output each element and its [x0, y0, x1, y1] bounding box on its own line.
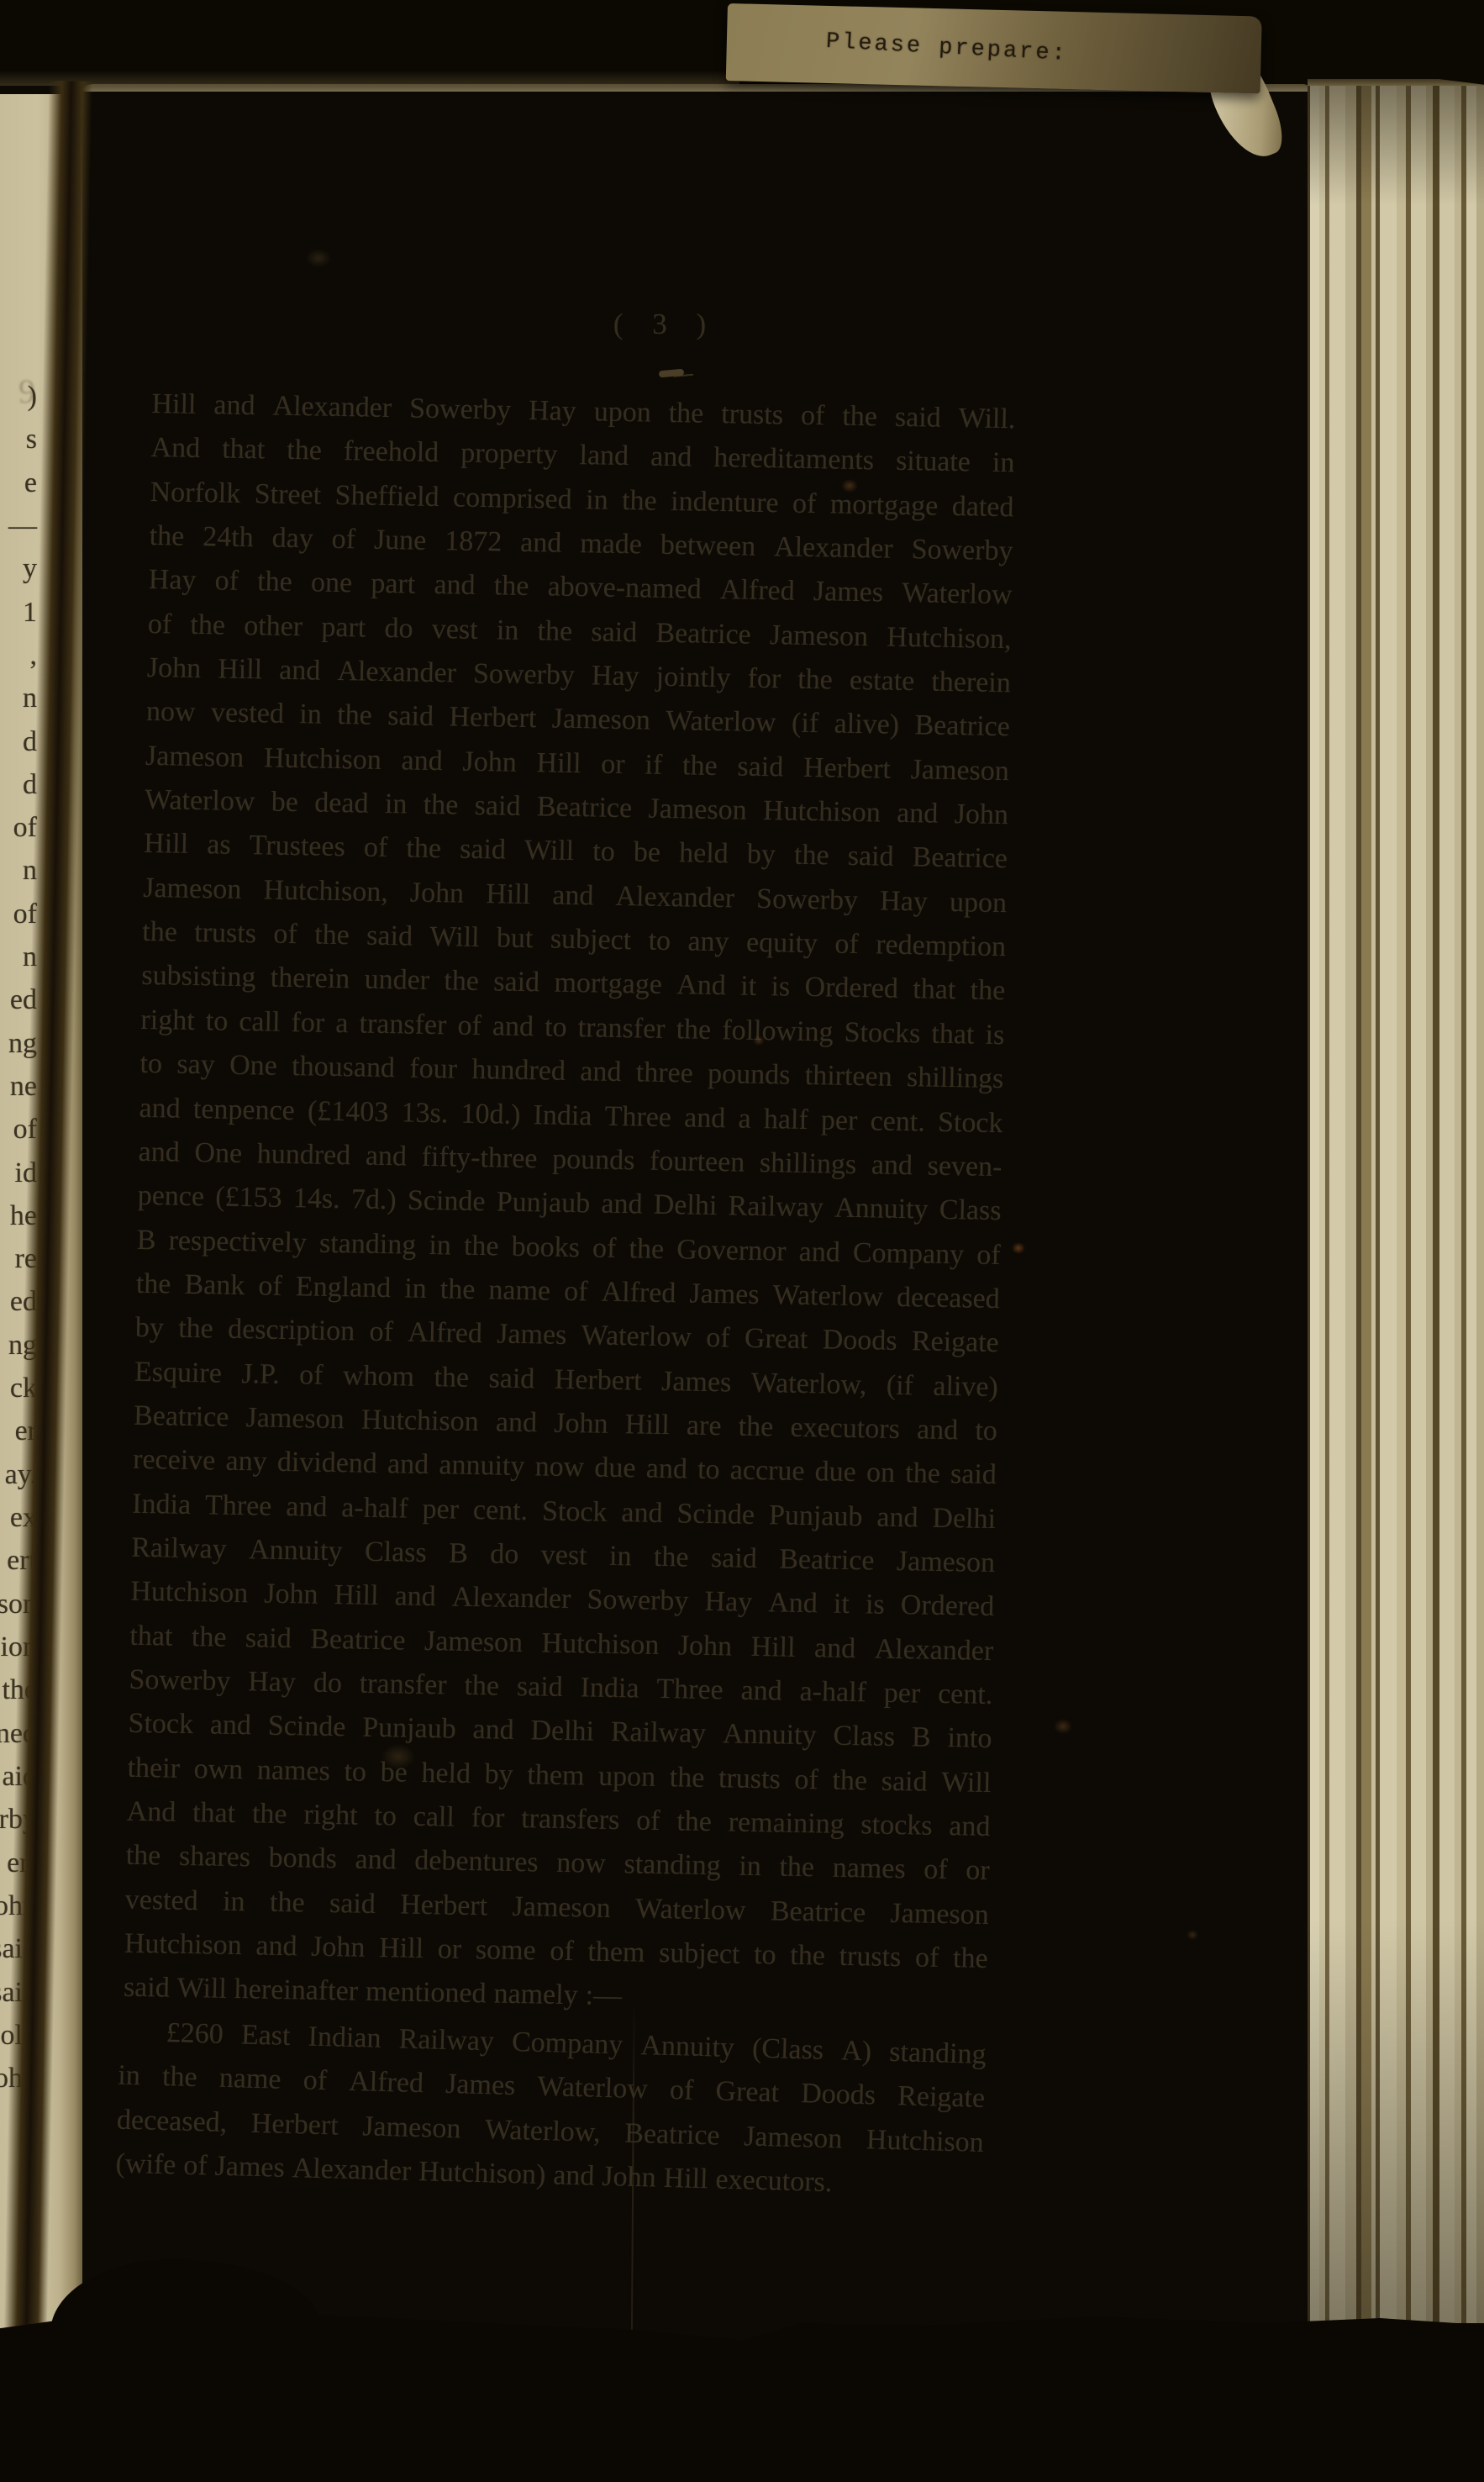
word: James: [689, 1272, 760, 1317]
word: part: [371, 562, 416, 607]
word: Hutchison: [541, 1621, 660, 1668]
word: cent.: [870, 1099, 925, 1144]
word: in: [299, 693, 322, 738]
word: Sowerby: [587, 1578, 689, 1624]
word: but: [497, 917, 534, 962]
word: India: [132, 1482, 192, 1527]
word: the: [337, 693, 372, 738]
word: on: [866, 1452, 896, 1496]
word: John: [677, 1624, 732, 1668]
word: Hill: [750, 1626, 796, 1670]
word: the: [135, 1262, 171, 1307]
ink-mark: [659, 369, 685, 378]
word: Herbert: [400, 1883, 488, 1928]
word: a: [335, 1002, 349, 1046]
word: to: [697, 1448, 720, 1493]
word: in: [586, 478, 608, 523]
word: due: [814, 1451, 856, 1495]
word: Three: [656, 1668, 724, 1713]
word: the: [790, 1934, 825, 1979]
word: Will: [524, 829, 575, 873]
word: and: [876, 1495, 918, 1540]
foxing-stain: [753, 1035, 765, 1046]
word: Jameson: [145, 735, 245, 780]
word: the: [125, 1834, 161, 1879]
word: Hutchison,: [887, 615, 1012, 661]
word: And: [150, 426, 200, 471]
word: is: [866, 1584, 886, 1628]
foxing-stain: [1012, 1242, 1025, 1254]
word: Delhi: [653, 1183, 717, 1229]
word: for: [747, 657, 781, 702]
word: and: [917, 1408, 959, 1452]
word: respectively: [168, 1219, 307, 1265]
word: of: [550, 1930, 574, 1974]
word: East: [240, 2013, 291, 2058]
word: £260: [166, 2011, 224, 2057]
word: mentioned: [366, 1970, 487, 2016]
word: Hutchison: [130, 1570, 249, 1616]
word: of: [214, 560, 239, 604]
word: any: [225, 1440, 267, 1484]
word: Punjaub: [362, 1706, 456, 1752]
word: standing: [319, 1221, 417, 1267]
word: and: [472, 1708, 514, 1752]
word: Norfolk: [150, 471, 241, 516]
word: the: [406, 827, 441, 872]
word: shillings: [760, 1141, 857, 1187]
word: the: [464, 1664, 499, 1709]
word: in: [739, 1845, 761, 1889]
word: of: [564, 1270, 588, 1315]
word: Alfred: [408, 1311, 483, 1357]
word: shillings: [907, 1056, 1004, 1101]
word: call: [239, 1000, 281, 1045]
word: James: [497, 1313, 567, 1358]
word: the: [493, 565, 529, 609]
word: Annuity: [723, 1713, 817, 1758]
word: now: [556, 1842, 606, 1886]
word: subject: [659, 1931, 740, 1977]
word: :—: [585, 1974, 622, 2019]
word: Reigate: [911, 1320, 999, 1365]
word: the: [794, 834, 829, 878]
word: the: [142, 910, 177, 955]
word: executors.: [715, 2158, 833, 2205]
word: Alexander: [451, 1576, 571, 1622]
word: trusts: [718, 1757, 781, 1802]
word: the: [178, 1307, 213, 1352]
word: subject: [550, 918, 631, 963]
word: James: [214, 2144, 285, 2190]
word: situate: [896, 440, 971, 485]
word: Jameson: [424, 1620, 524, 1665]
word: Waterlow: [902, 572, 1013, 618]
word: to: [592, 830, 615, 875]
word: hereinafter: [234, 1968, 358, 2014]
word: and: [552, 873, 594, 918]
word: description: [228, 1308, 355, 1354]
word: Ordered: [900, 1584, 994, 1629]
word: Hay: [592, 654, 640, 698]
foxing-stain: [841, 479, 858, 493]
word: in: [404, 1267, 427, 1311]
word: own: [193, 1747, 243, 1792]
word: and: [434, 563, 476, 608]
word: Alexander: [615, 875, 735, 921]
word: Stock: [542, 1489, 608, 1535]
word: Alfred: [601, 1271, 676, 1316]
word: bonds: [268, 1836, 337, 1882]
word: the: [622, 479, 657, 524]
word: the: [257, 561, 292, 605]
word: of: [636, 1800, 660, 1844]
word: Beatrice: [912, 836, 1008, 882]
word: Governor: [676, 1228, 787, 1274]
word: now: [146, 690, 196, 735]
word: stocks: [860, 1803, 933, 1848]
word: in: [609, 1535, 632, 1579]
word: Doods: [801, 2072, 876, 2118]
word: vest: [431, 608, 478, 652]
word: made: [580, 522, 643, 567]
word: Sowerby: [129, 1658, 231, 1704]
word: and: [355, 1838, 397, 1883]
word: in: [223, 1879, 245, 1924]
word: for: [291, 1001, 325, 1046]
word: of: [303, 2059, 328, 2104]
word: it: [740, 965, 757, 1009]
word: do: [384, 607, 413, 651]
page-edge-stack: [1308, 79, 1484, 2323]
word: Punjaub: [769, 1494, 863, 1539]
word: the: [676, 1008, 711, 1052]
word: John: [602, 2155, 657, 2200]
word: and: [213, 383, 255, 428]
word: said: [881, 1759, 928, 1804]
word: comprised: [453, 476, 573, 522]
word: cent.: [472, 1489, 528, 1533]
word: said: [329, 1882, 376, 1926]
word: Alfred: [349, 2060, 424, 2106]
word: of: [592, 1226, 617, 1271]
word: J.P.: [241, 1352, 280, 1397]
word: right: [140, 999, 195, 1043]
word: in: [429, 1224, 451, 1268]
photo-background-bottom: [0, 2313, 1484, 2482]
word: a: [738, 1097, 751, 1141]
word: Waterlow: [581, 1314, 692, 1360]
word: in: [384, 783, 407, 827]
word: Will: [176, 1967, 227, 2011]
foxing-stain: [1187, 1930, 1198, 1940]
word: of: [794, 1758, 818, 1803]
word: Hill: [144, 822, 189, 867]
paragraph-1: HillandAlexanderSowerbyHayuponthetrustso…: [124, 382, 1016, 2026]
word: by: [484, 1752, 513, 1797]
word: said: [460, 828, 507, 872]
word: the: [797, 658, 833, 703]
word: Will: [941, 1761, 992, 1805]
word: name: [218, 2057, 282, 2102]
word: standing: [624, 1843, 721, 1889]
word: remaining: [728, 1800, 845, 1847]
word: trusts: [194, 911, 257, 956]
word: James: [813, 570, 883, 615]
word: Class: [365, 1531, 428, 1576]
word: 7d.): [350, 1178, 397, 1223]
word: alive): [933, 1364, 998, 1410]
word: tenpence: [192, 1088, 295, 1133]
word: Jameson: [245, 1396, 345, 1441]
word: Great: [715, 2070, 780, 2116]
word: Jameson: [744, 2115, 843, 2161]
word: the: [970, 969, 1005, 1014]
word: the: [464, 1224, 499, 1268]
word: of: [258, 1264, 282, 1309]
word: Beatrice: [770, 1889, 866, 1935]
word: England: [295, 1265, 391, 1310]
word: dividend: [276, 1441, 377, 1486]
word: due: [594, 1447, 636, 1491]
word: said: [124, 1966, 171, 2010]
photographed-book-page: { "page": { "number_display": "( 3 )" },…: [0, 0, 1484, 2482]
word: the: [423, 783, 458, 828]
word: per: [821, 1099, 858, 1143]
word: Sheffield: [334, 474, 439, 520]
slip-typed-text: Please prepare:: [825, 29, 1068, 67]
word: Reigate: [897, 2074, 986, 2121]
word: held: [421, 1752, 471, 1796]
word: Trustees: [249, 825, 345, 870]
word: to: [648, 920, 671, 964]
word: thirteen: [804, 1054, 892, 1099]
word: Railway: [610, 1710, 706, 1756]
word: Waterlow,: [484, 2108, 601, 2155]
word: and: [814, 1626, 856, 1671]
word: Beatrice: [134, 1394, 229, 1440]
word: Street: [254, 472, 321, 518]
word: dated: [951, 485, 1014, 530]
word: Hutchison,: [263, 868, 388, 914]
word: therein: [931, 661, 1011, 706]
word: Hutchison: [763, 789, 881, 835]
word: hundred: [471, 1048, 566, 1093]
word: as: [207, 824, 231, 868]
word: Bank: [184, 1263, 245, 1309]
word: Herbert: [554, 1357, 642, 1403]
word: to: [344, 1750, 366, 1794]
word: One: [194, 1131, 243, 1176]
word: Jameson: [143, 867, 242, 912]
word: Sowerby: [473, 652, 576, 698]
word: for: [471, 1796, 505, 1841]
word: upon: [950, 881, 1008, 926]
word: (wife: [115, 2142, 176, 2187]
word: estate: [849, 659, 914, 704]
word: Railway: [131, 1526, 227, 1572]
word: some: [475, 1928, 536, 1973]
word: Three: [604, 1094, 671, 1140]
word: or: [437, 1927, 461, 1972]
word: the: [654, 1536, 689, 1580]
word: and: [580, 1050, 622, 1094]
word: that: [931, 1012, 975, 1057]
word: pounds: [552, 1137, 635, 1183]
foxing-stain: [382, 1744, 415, 1769]
word: Scinde: [267, 1705, 345, 1750]
word: Hay: [248, 1660, 297, 1705]
word: Jameson: [910, 748, 1009, 793]
word: three: [635, 1051, 693, 1097]
word: if: [645, 743, 663, 788]
word: jointly: [655, 656, 731, 701]
word: in: [118, 2054, 141, 2099]
word: 24th: [203, 515, 254, 560]
word: property: [460, 432, 558, 477]
word: Sowerby: [409, 387, 512, 432]
word: (if: [792, 702, 819, 746]
word: Hill: [151, 382, 197, 427]
word: fourteen: [650, 1140, 745, 1185]
word: namely: [493, 1973, 578, 2018]
word: hundred: [256, 1132, 350, 1178]
word: Punjaub: [496, 1181, 590, 1226]
word: held: [679, 832, 729, 877]
word: Ordered: [804, 966, 898, 1011]
word: India: [533, 1093, 592, 1139]
word: Jameson: [512, 1885, 611, 1931]
word: Hill: [663, 2157, 708, 2202]
word: fifty-three: [421, 1136, 538, 1182]
word: John: [409, 871, 464, 915]
word: Waterlow: [635, 1887, 746, 1933]
word: the: [629, 1227, 664, 1272]
word: books: [511, 1225, 580, 1270]
word: Waterlow: [666, 699, 776, 746]
word: executors: [790, 1406, 900, 1452]
word: four: [409, 1047, 458, 1092]
word: and: [139, 1086, 181, 1130]
word: of: [147, 603, 171, 647]
word: the: [905, 1452, 940, 1496]
word: Scinde: [407, 1179, 485, 1225]
word: thousand: [292, 1045, 396, 1091]
word: the: [434, 1356, 469, 1400]
word: Hutchison: [264, 736, 382, 783]
word: Stock: [128, 1702, 193, 1747]
word: in: [992, 441, 1014, 486]
word: their: [127, 1746, 180, 1790]
word: upon: [593, 390, 651, 435]
word: transfer: [359, 1002, 447, 1047]
word: and: [684, 1096, 726, 1141]
word: of: [363, 826, 387, 871]
word: said: [245, 1616, 292, 1661]
word: do: [490, 1532, 519, 1577]
word: to: [545, 1005, 567, 1050]
word: other: [244, 604, 303, 650]
word: of: [915, 1936, 939, 1980]
word: the: [682, 744, 718, 788]
word: Jameson: [897, 1540, 996, 1585]
word: Hill: [486, 872, 531, 917]
word: to: [205, 999, 228, 1044]
word: that: [222, 428, 266, 472]
word: transfers: [521, 1797, 620, 1842]
word: Beatrice: [310, 1617, 406, 1663]
word: vest: [540, 1533, 587, 1578]
word: and: [553, 2153, 595, 2199]
word: are: [687, 1404, 722, 1448]
word: Annuity: [249, 1528, 343, 1573]
word: James: [445, 2063, 516, 2109]
word: Hutchison: [866, 2118, 984, 2165]
word: say: [176, 1043, 215, 1088]
word: of: [669, 2068, 694, 2113]
page-number: ( 3 ): [518, 308, 803, 341]
word: Hutchison): [418, 2150, 546, 2197]
word: and: [645, 1447, 687, 1492]
word: equity: [746, 921, 818, 967]
word: Jameson: [648, 788, 747, 833]
word: and: [365, 1135, 407, 1179]
paragraph-2: £260EastIndianRailwayCompanyAnnuity(Clas…: [115, 2010, 987, 2209]
word: half: [763, 1098, 808, 1142]
word: of: [331, 518, 355, 562]
word: the: [161, 2055, 197, 2100]
word: alive): [834, 703, 899, 748]
word: right: [303, 1793, 358, 1837]
word: and: [496, 1400, 538, 1445]
word: Beatrice: [536, 785, 632, 830]
word: said: [387, 694, 434, 739]
word: Alexander: [874, 1627, 994, 1673]
word: said: [517, 1665, 564, 1710]
word: Hill: [624, 1403, 670, 1447]
word: therein: [270, 956, 350, 1002]
word: (if: [886, 1363, 913, 1408]
word: and: [401, 739, 443, 783]
word: deceased,: [116, 2098, 228, 2145]
word: Waterlow: [145, 778, 255, 825]
word: Hay: [148, 558, 197, 603]
word: B: [449, 1531, 469, 1576]
word: Alexander: [774, 525, 894, 572]
word: that: [913, 968, 956, 1013]
word: it: [834, 1583, 850, 1627]
word: or: [966, 1849, 990, 1894]
word: and: [601, 1183, 643, 1227]
word: of: [801, 394, 825, 439]
word: freehold: [343, 429, 439, 475]
word: And: [126, 1790, 176, 1835]
word: Railway: [728, 1185, 824, 1230]
word: said: [488, 1357, 535, 1401]
foxing-stain: [1054, 1719, 1072, 1734]
word: that: [129, 1614, 173, 1658]
word: the: [832, 1758, 867, 1803]
word: to: [374, 1794, 397, 1839]
word: the: [314, 914, 350, 958]
word: whom: [343, 1354, 415, 1399]
word: indenture: [671, 480, 779, 526]
word: the: [537, 609, 572, 654]
word: call: [413, 1795, 455, 1840]
word: 10d.): [460, 1092, 521, 1137]
word: receive: [133, 1438, 216, 1483]
word: and: [492, 1004, 534, 1049]
